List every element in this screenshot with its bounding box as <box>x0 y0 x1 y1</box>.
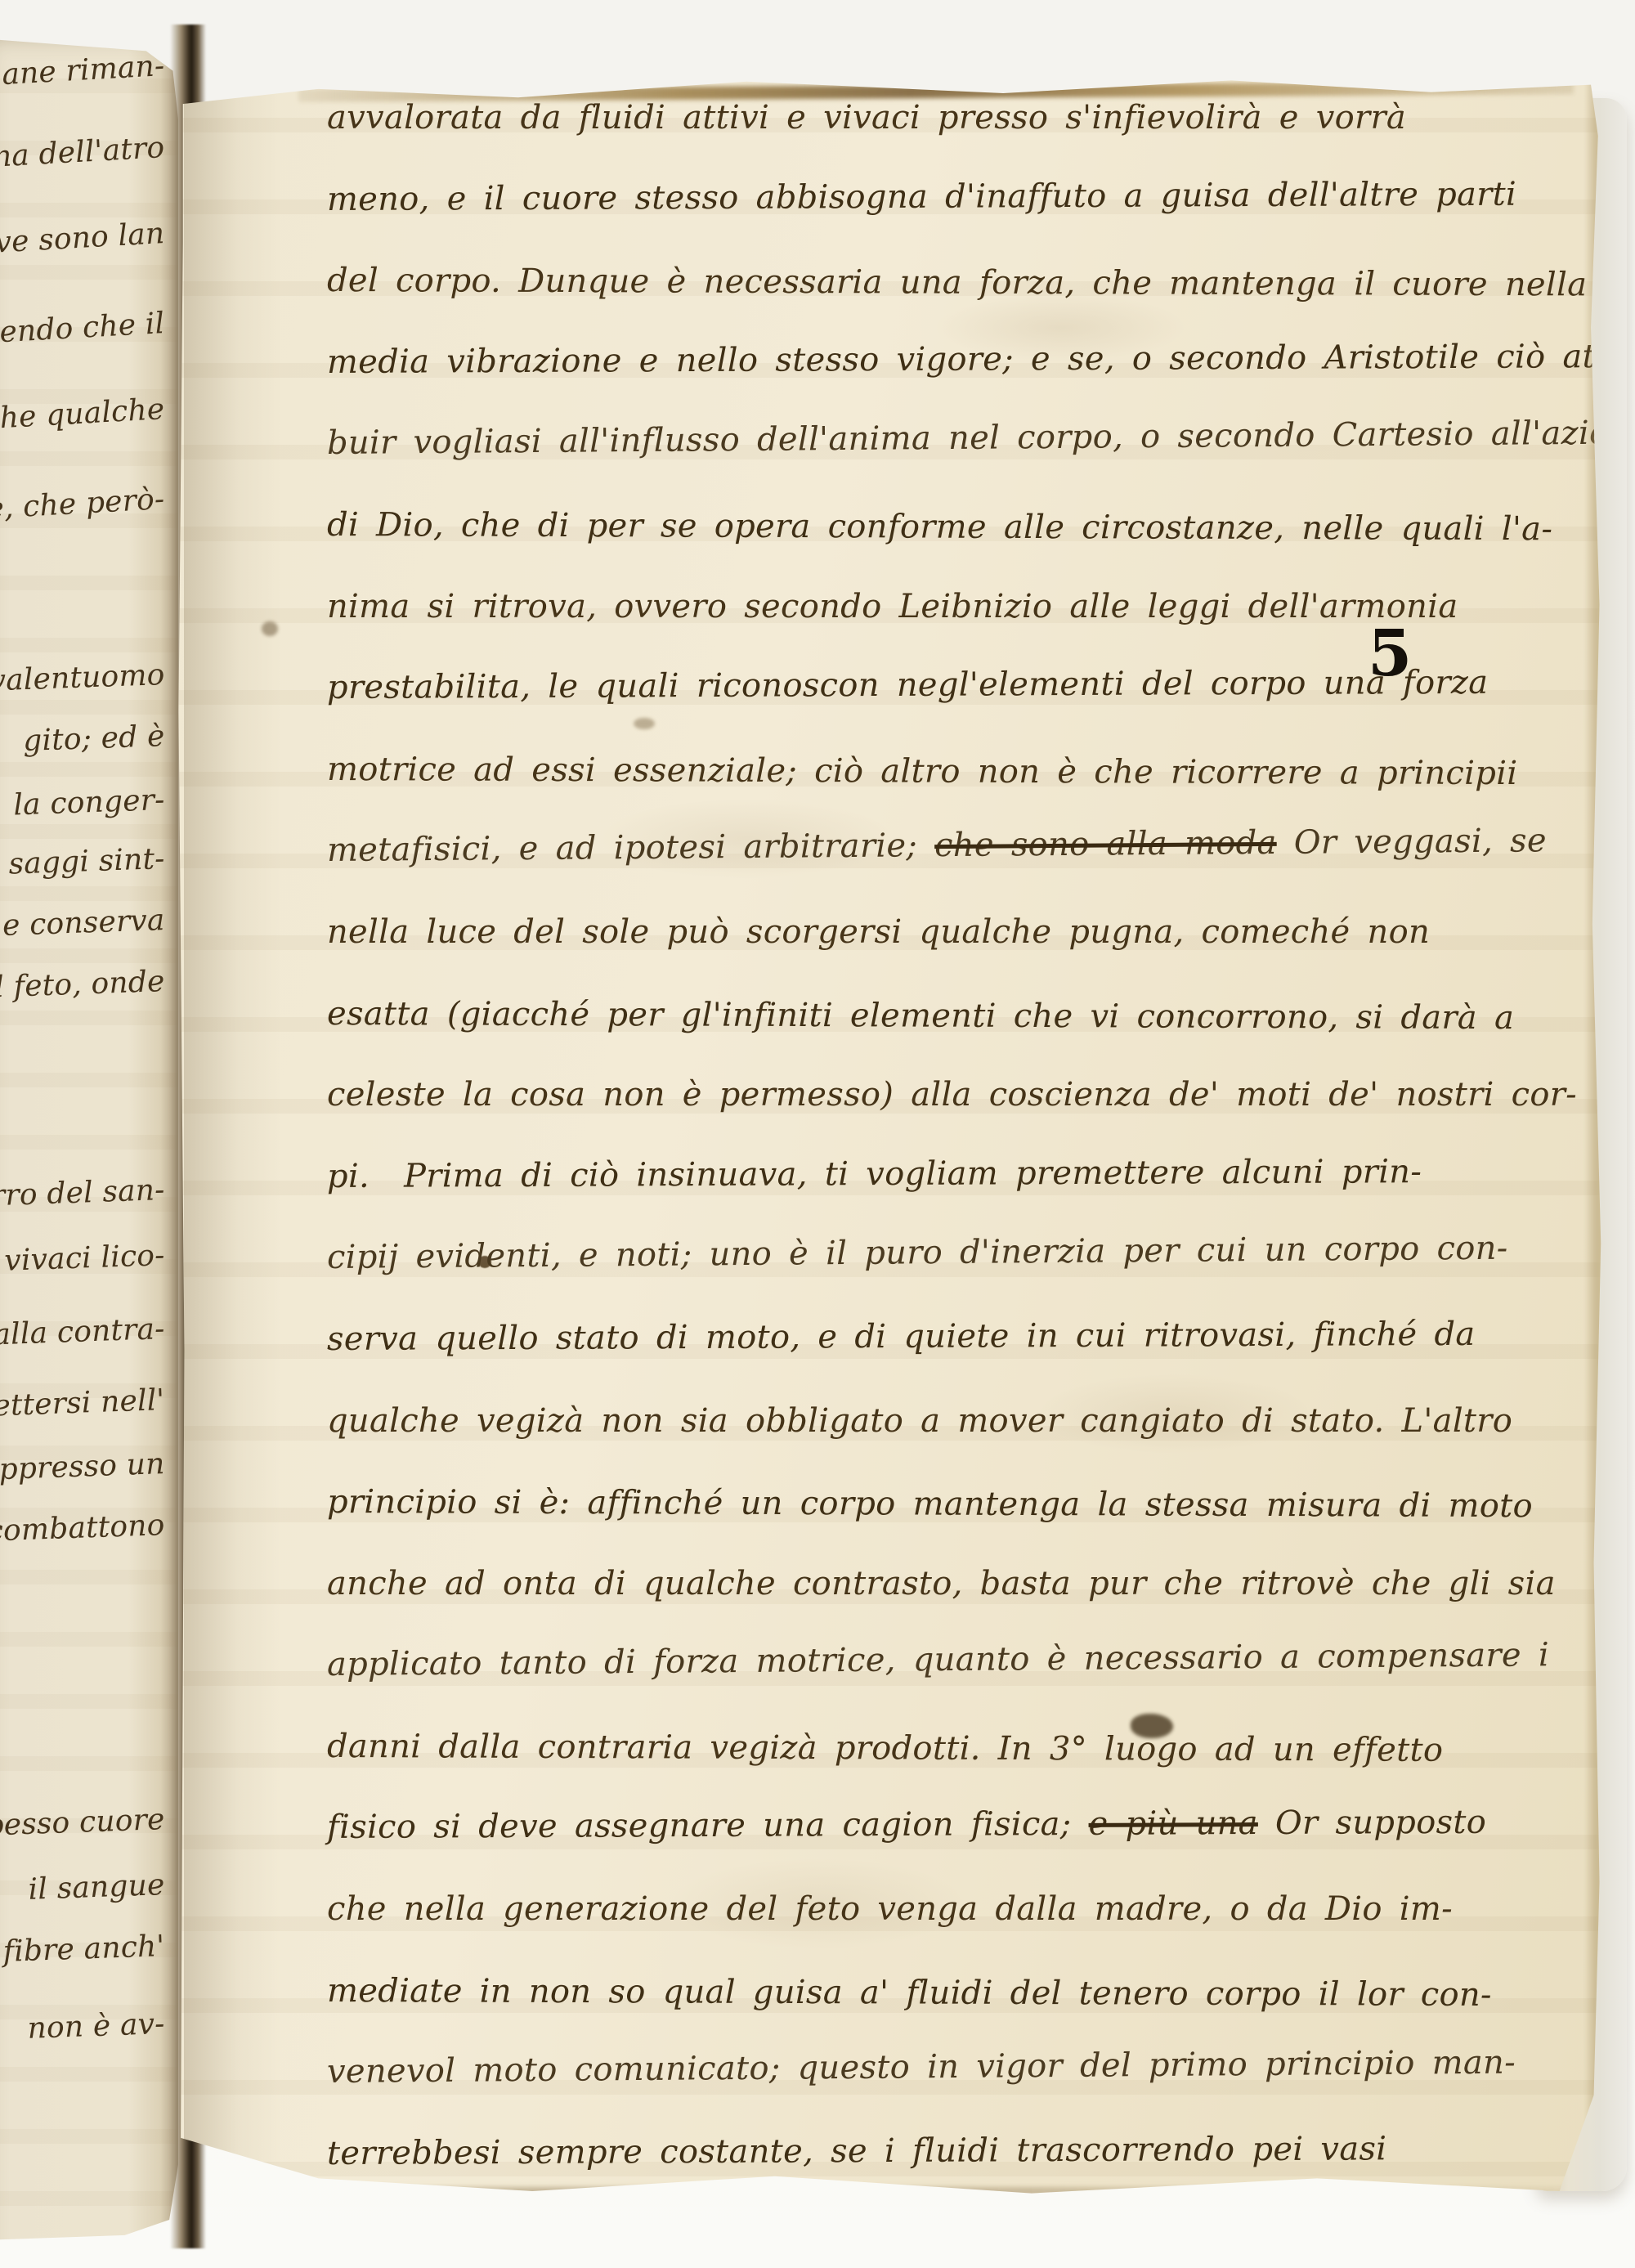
manuscript-line: venevol moto comunicato; questo in vigor… <box>327 2024 1602 2116</box>
fragment-text: e vivaci lico- <box>0 1239 165 1279</box>
line-text: Or supposto <box>1258 1804 1486 1842</box>
left-page-fragment: non è av- <box>0 2007 166 2070</box>
left-page-fragment: che conserva <box>0 903 166 966</box>
manuscript-scan: { "manuscript": { "description": "handwr… <box>0 0 1635 2268</box>
line-text: principio si è: affinché un corpo manten… <box>327 1483 1533 1525</box>
deckle-edge-bottom <box>176 2187 1602 2199</box>
left-page-fragment: fibre anch' <box>0 1930 166 1992</box>
left-page-fragment: ve sono lan <box>0 217 167 283</box>
manuscript-line: buir vogliasi all'influsso dell'anima ne… <box>327 396 1602 487</box>
manuscript-line: media vibrazione e nello stesso vigore; … <box>327 319 1602 406</box>
line-text: terrebbesi sempre costante, se i fluidi … <box>327 2130 1387 2172</box>
line-text: di Dio, che di per se opera conforme all… <box>327 506 1552 548</box>
fragment-text: itiane riman- <box>0 49 165 93</box>
manuscript-line: serva quello stato di moto, e di quiete … <box>327 1296 1602 1383</box>
left-page-fragment: gito; ed è <box>0 719 166 782</box>
line-text: nima si ritrova, ovvero secondo Leibnizi… <box>327 588 1458 625</box>
fragment-text: appresso un <box>0 1447 165 1487</box>
manuscript-line: del corpo. Dunque è necessaria una forza… <box>327 243 1602 329</box>
struck-text: che sono alla moda <box>934 824 1277 864</box>
line-text: esatta (giacché per gl'infiniti elementi… <box>327 995 1514 1037</box>
fragment-text: saggi sint- <box>8 842 165 881</box>
left-page-fragment: che qualche <box>0 392 167 459</box>
manuscript-page: avvalorata da fluidi attivi e vivaci pre… <box>176 72 1602 2202</box>
line-text: media vibrazione e nello stesso vigore; … <box>327 338 1602 381</box>
left-page-fragment: e vivaci lico- <box>0 1239 166 1302</box>
left-page-fragment: pigna dell'atro <box>0 131 167 197</box>
line-text: prestabilita, le quali riconoscon negl'e… <box>327 664 1489 706</box>
fragment-text: rasmettersi nell' <box>0 1383 165 1426</box>
line-text: buir vogliasi all'influsso dell'anima ne… <box>327 415 1602 463</box>
line-text: applicato tanto di forza motrice, quanto… <box>327 1637 1549 1684</box>
manuscript-line: avvalorata da fluidi attivi e vivaci pre… <box>327 80 1602 162</box>
manuscript-line: principio si è: affinché un corpo manten… <box>327 1464 1602 1550</box>
line-text: meno, e il cuore stesso abbisogna d'inaf… <box>327 175 1516 217</box>
manuscript-line: fisico si deve assegnare una cagion fisi… <box>327 1785 1602 1871</box>
fragment-text: un valentuomo <box>0 658 165 700</box>
manuscript-line: esatta (giacché per gl'infiniti elementi… <box>327 976 1602 1062</box>
line-text: anche ad onta di qualche contrasto, bast… <box>327 1565 1556 1602</box>
fragment-text: fibre anch' <box>2 1930 165 1969</box>
line-text: Or veggasi, se <box>1277 822 1547 863</box>
left-page-fragment: il sangue <box>0 1868 166 1931</box>
left-page-fragment: l feto, onde <box>0 965 166 1028</box>
line-text: cipij evidenti, e noti; uno è il puro d'… <box>327 1230 1508 1276</box>
line-text: metafisici, e ad ipotesi arbitrarie; <box>327 827 935 870</box>
line-text: pi. Prima di ciò insinuava, ti vogliam p… <box>327 1153 1422 1195</box>
left-page-fragment: saggi sint- <box>0 842 166 905</box>
handwritten-text-block: avvalorata da fluidi attivi e vivaci pre… <box>327 80 1602 2197</box>
fragment-text: dalla contra- <box>0 1312 165 1352</box>
line-text: avvalorata da fluidi attivi e vivaci pre… <box>327 99 1406 137</box>
fragment-text: che qualche <box>0 392 165 436</box>
fragment-text: non è av- <box>27 2007 165 2046</box>
manuscript-line: metafisici, e ad ipotesi arbitrarie; che… <box>327 803 1602 894</box>
left-page-fragment: dalla contra- <box>0 1312 166 1375</box>
fragment-text: che conserva <box>0 903 165 944</box>
manuscript-line: di Dio, che di per se opera conforme all… <box>327 487 1602 573</box>
manuscript-line: anche ad onta di qualche contrasto, bast… <box>327 1546 1602 1628</box>
line-text: mediate in non so qual guisa a' fluidi d… <box>327 1972 1492 2014</box>
line-text: nella luce del sole può scorgersi qualch… <box>327 913 1430 951</box>
manuscript-line: terrebbesi sempre costante, se i fluidi … <box>327 2110 1602 2197</box>
line-text: serva quello stato di moto, e di quiete … <box>327 1316 1476 1358</box>
facing-page-fragments: itiane riman-pigna dell'atrove sono lane… <box>0 0 178 2268</box>
left-page-fragment: un valentuomo <box>0 658 166 721</box>
manuscript-line: applicato tanto di forza motrice, quanto… <box>327 1617 1602 1709</box>
fragment-text: e, combattono <box>0 1508 165 1549</box>
manuscript-line: nella luce del sole può scorgersi qualch… <box>327 894 1602 976</box>
left-page-fragment: endo che il <box>0 307 167 373</box>
fragment-text: la conger- <box>13 783 165 822</box>
gutter-fold-shading <box>184 72 282 2202</box>
manuscript-line: che nella generazione del feto venga dal… <box>327 1871 1602 1953</box>
line-text: fisico si deve assegnare una cagion fisi… <box>327 1805 1089 1846</box>
manuscript-line: qualche vegizà non sia obbligato a mover… <box>327 1383 1602 1465</box>
manuscript-line: danni dalla contraria vegizà prodotti. I… <box>327 1709 1602 1795</box>
line-text: celeste la cosa non è permesso) alla cos… <box>327 1076 1577 1114</box>
left-page-fragment: appresso un <box>0 1447 166 1510</box>
left-page-fragment: rasmettersi nell' <box>0 1383 166 1446</box>
line-text: che nella generazione del feto venga dal… <box>327 1890 1453 1928</box>
fragment-text: pigna dell'atro <box>0 131 165 177</box>
manuscript-line: meno, e il cuore stesso abbisogna d'inaf… <box>327 156 1602 243</box>
manuscript-line: cipij evidenti, e noti; uno è il puro d'… <box>327 1210 1602 1302</box>
left-page-fragment: la conger- <box>0 783 166 846</box>
fragment-text: gito; ed è <box>23 719 166 758</box>
fragment-text: e, che però- <box>0 482 165 526</box>
left-page-fragment: e, che però- <box>0 482 167 549</box>
struck-text: e più una <box>1088 1804 1258 1843</box>
left-page-fragment: e, combattono <box>0 1508 166 1571</box>
left-page-fragment: orro del san- <box>0 1173 166 1236</box>
fragment-text: il sangue <box>28 1868 165 1907</box>
line-text: del corpo. Dunque è necessaria una forza… <box>327 262 1587 303</box>
page-number: 5 <box>1368 616 1412 691</box>
fragment-text: ve sono lan <box>0 217 165 260</box>
left-page-fragment: itiane riman- <box>0 49 167 115</box>
line-text: motrice ad essi essenziale; ciò altro no… <box>327 751 1518 792</box>
manuscript-line: pi. Prima di ciò insinuava, ti vogliam p… <box>327 1133 1602 1220</box>
left-page-fragment: spesso cuore <box>0 1803 166 1866</box>
line-text: venevol moto comunicato; questo in vigor… <box>327 2044 1516 2091</box>
fragment-text: orro del san- <box>0 1173 165 1213</box>
fragment-text: l feto, onde <box>0 965 165 1004</box>
fragment-text: spesso cuore <box>0 1803 165 1843</box>
line-text: qualche vegizà non sia obbligato a mover… <box>327 1402 1512 1440</box>
manuscript-line: celeste la cosa non è permesso) alla cos… <box>327 1057 1602 1139</box>
line-text: danni dalla contraria vegizà prodotti. I… <box>327 1728 1443 1769</box>
fragment-text: endo che il <box>0 307 165 349</box>
